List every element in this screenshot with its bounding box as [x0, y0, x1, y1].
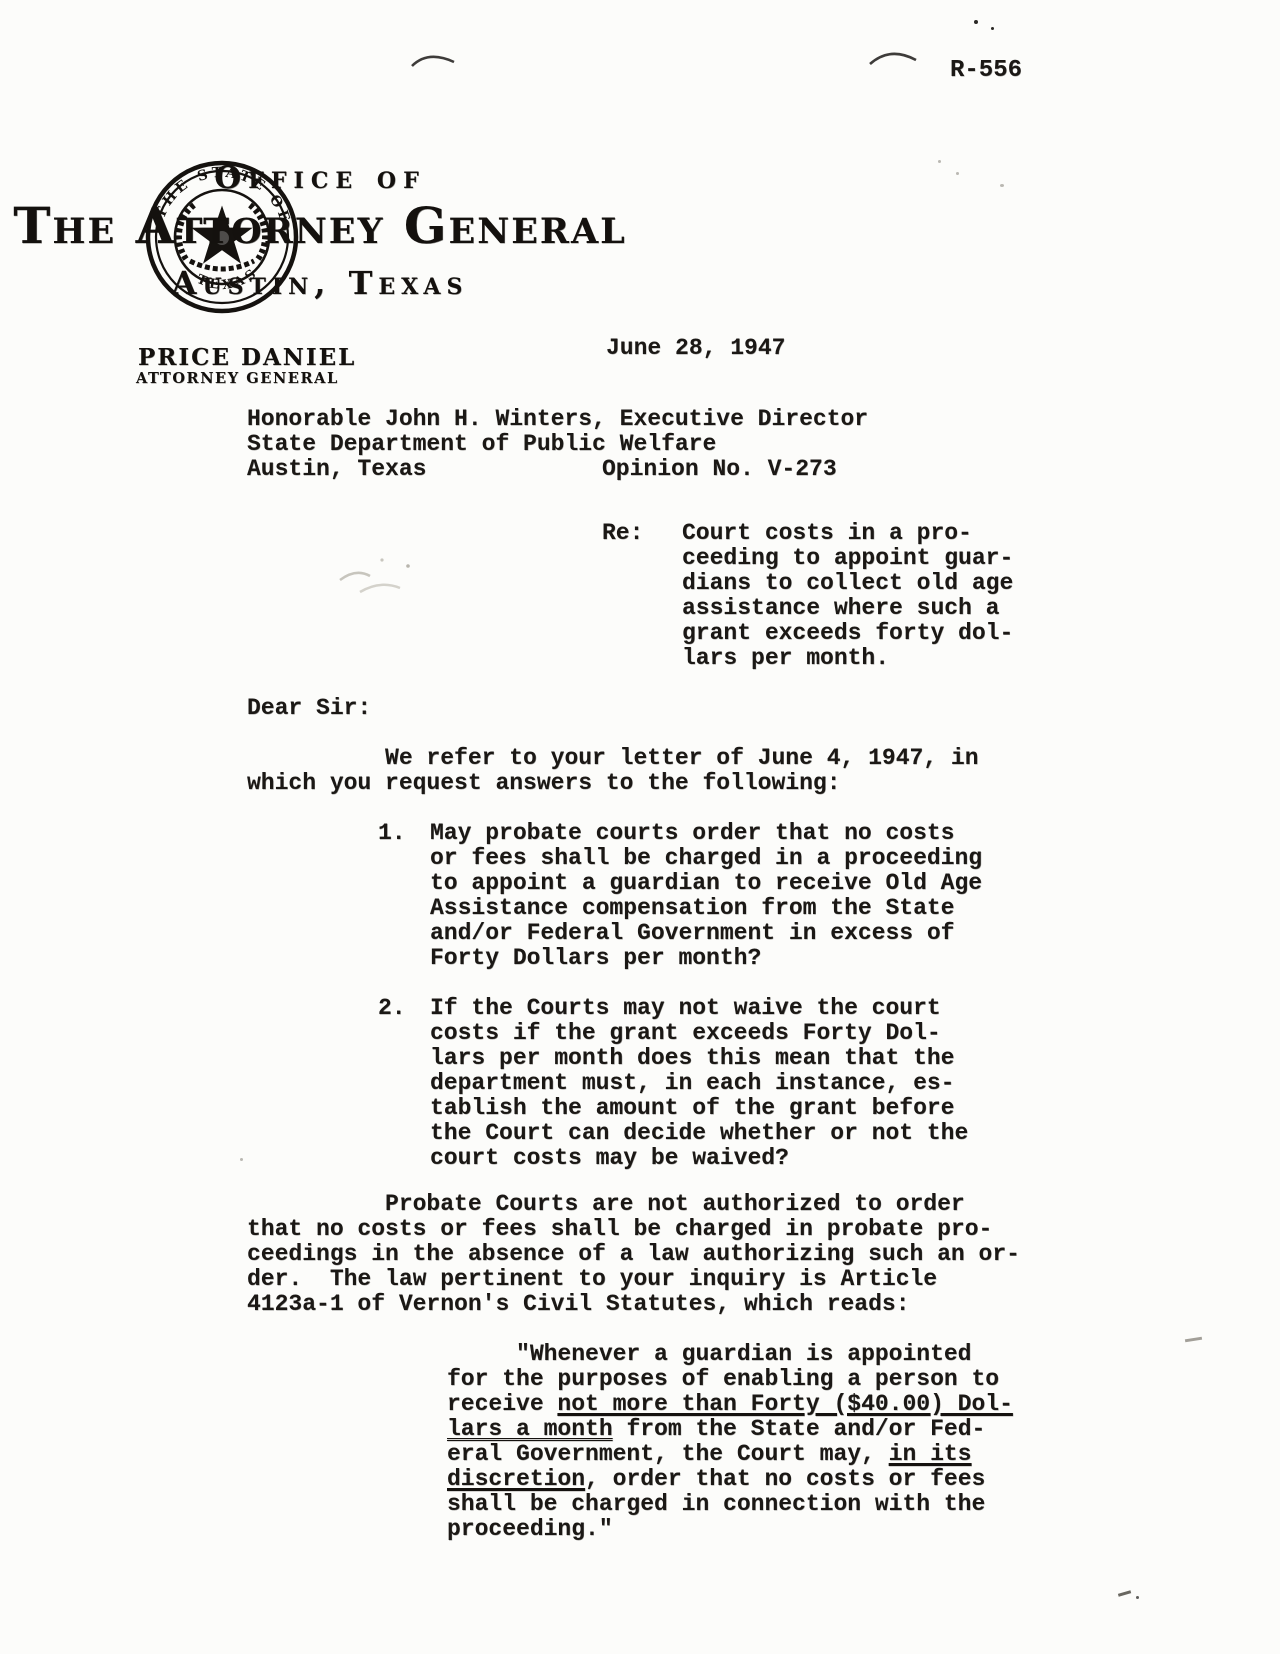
salutation: Dear Sir: [247, 696, 371, 721]
opinion-number: Opinion No. V-273 [602, 457, 837, 482]
scan-artifact-speck [240, 1158, 243, 1161]
scan-artifact-dot [974, 20, 978, 24]
reference-number: R-556 [950, 58, 1022, 83]
letterhead-attorney-general: The Attorney General [0, 196, 640, 255]
scan-artifact-pen-arc [868, 48, 918, 70]
re-subject: Court costs in a pro-ceeding to appoint … [682, 521, 1013, 671]
statute-quote: "Whenever a guardian is appointedfor the… [447, 1342, 1013, 1542]
body-paragraph: Probate Courts are not authorized to ord… [247, 1192, 1020, 1317]
scan-artifact-mark [1118, 1590, 1131, 1596]
scan-artifact-speck [938, 160, 941, 163]
question-1-number: 1. [378, 821, 406, 846]
scan-artifact-dot [1136, 1596, 1139, 1599]
official-name: PRICE DANIEL [138, 344, 356, 371]
scan-artifact-pencil-smudge [330, 540, 440, 600]
scan-artifact-pen-arc [410, 52, 456, 72]
scanned-letter-page: R-556 THE STATE OF TEXAS Office of The A… [0, 0, 1280, 1654]
letterhead-office-of: Office of [0, 160, 640, 196]
question-1-text: May probate courts order that no costsor… [430, 821, 982, 971]
intro-paragraph: We refer to your letter of June 4, 1947,… [247, 746, 979, 796]
official-title: ATTORNEY GENERAL [136, 370, 339, 387]
question-2-number: 2. [378, 996, 406, 1021]
letter-date: June 28, 1947 [606, 336, 785, 361]
scan-artifact-speck [1000, 184, 1004, 187]
question-2-text: If the Courts may not waive the courtcos… [430, 996, 968, 1171]
scan-artifact-speck [956, 172, 959, 175]
scan-artifact-dot [991, 27, 994, 30]
re-label: Re: [602, 521, 643, 546]
letterhead-austin-texas: Austin, Texas [0, 264, 640, 302]
scan-artifact-mark [1185, 1337, 1202, 1343]
